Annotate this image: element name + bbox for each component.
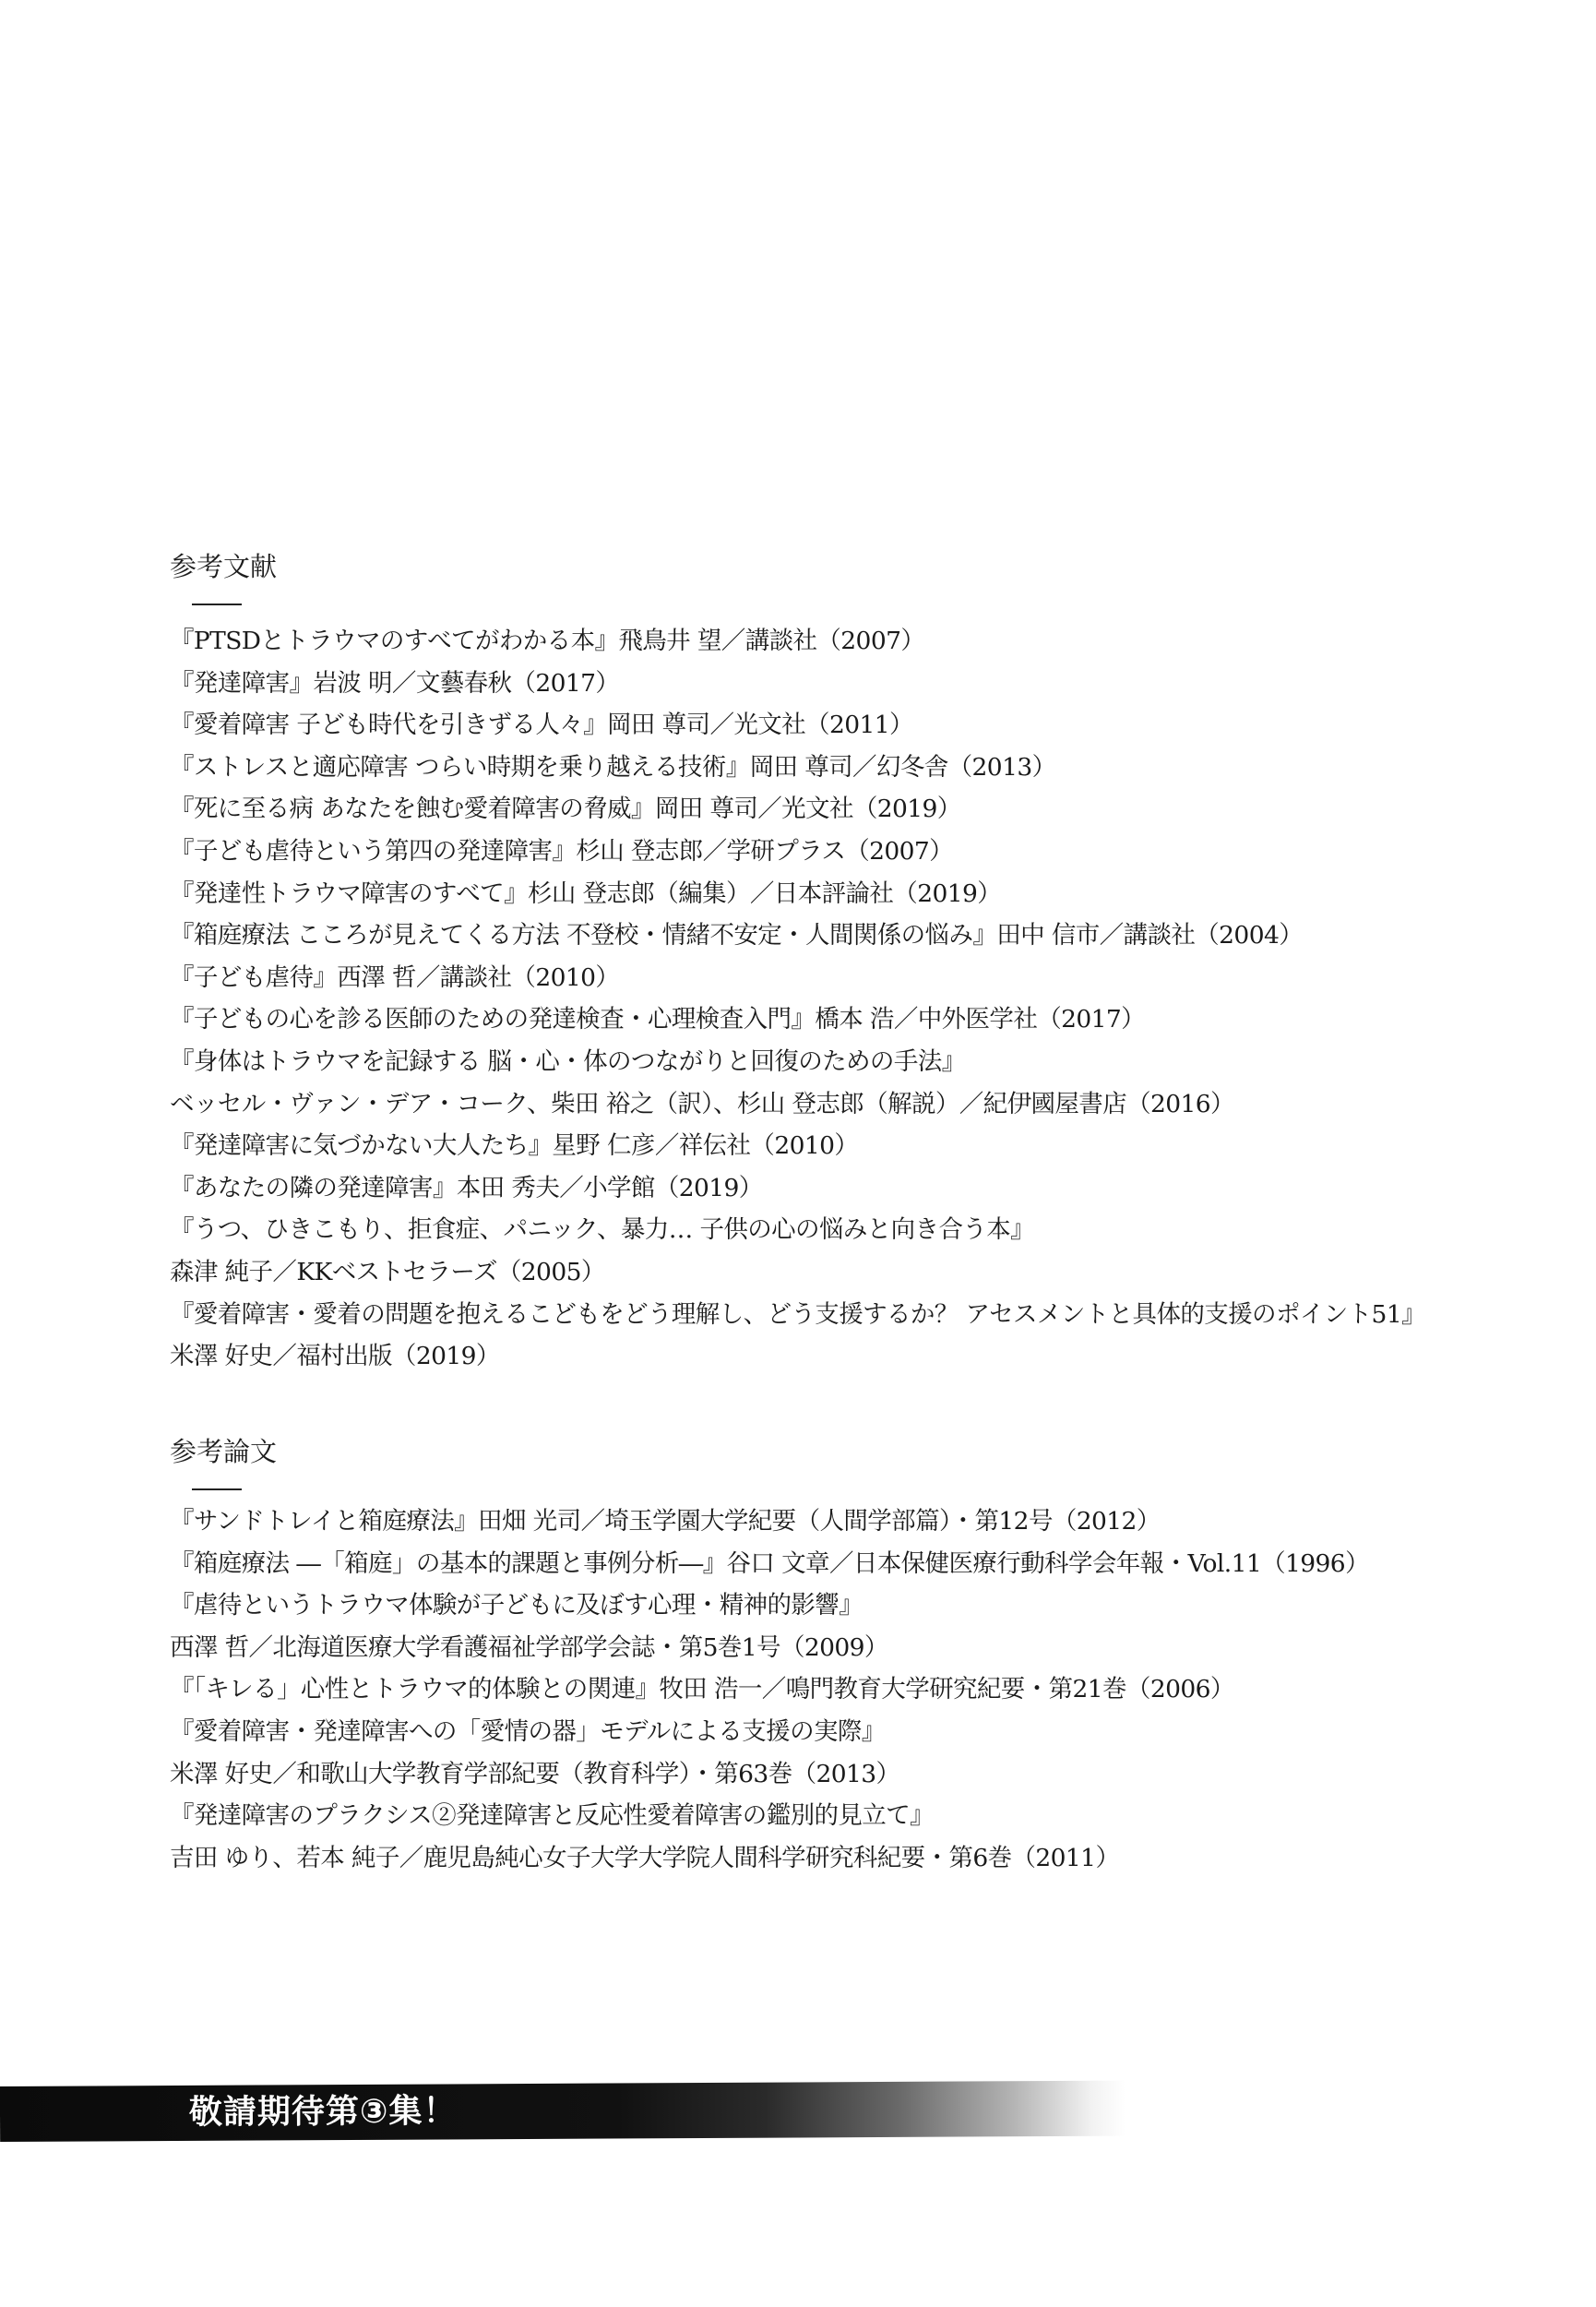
reference-entry-title: 『うつ、ひきこもり、拒食症、パニック、暴力… 子供の心の悩みと向き合う本』 xyxy=(170,1209,1461,1251)
heading-underline xyxy=(192,604,242,605)
reference-entry: 『子ども虐待』西澤 哲／講談社（2010） xyxy=(170,957,1461,999)
paper-entry-title: 『虐待というトラウマ体験が子どもに及ぼす心理・精神的影響』 xyxy=(170,1584,1461,1627)
banner-text: 敬請期待第③集！ xyxy=(189,2091,458,2134)
reference-entry: 『あなたの隣の発達障害』本田 秀夫／小学館（2019） xyxy=(170,1167,1461,1210)
reference-entry-author: 米澤 好史／福村出版（2019） xyxy=(170,1335,1461,1378)
references-section: 参考文献 『PTSDとトラウマのすべてがわかる本』飛鳥井 望／講談社（2007）… xyxy=(170,550,1461,1378)
reference-entry-author: 森津 純子／KKベストセラーズ（2005） xyxy=(170,1251,1461,1294)
reference-entry: 『死に至る病 あなたを蝕む愛着障害の脅威』岡田 尊司／光文社（2019） xyxy=(170,788,1461,831)
paper-entry: 『箱庭療法 ―「箱庭」の基本的課題と事例分析―』谷口 文章／日本保健医療行動科学… xyxy=(170,1543,1461,1585)
reference-entry: 『愛着障害 子ども時代を引きずる人々』岡田 尊司／光文社（2011） xyxy=(170,704,1461,747)
paper-entry: 『サンドトレイと箱庭療法』田畑 光司／埼玉学園大学紀要（人間学部篇）・第12号（… xyxy=(170,1500,1461,1543)
reference-entry: 『発達障害』岩波 明／文藝春秋（2017） xyxy=(170,663,1461,705)
papers-heading: 参考論文 xyxy=(170,1435,1461,1468)
reference-entry: 『子ども虐待という第四の発達障害』杉山 登志郎／学研プラス（2007） xyxy=(170,831,1461,873)
reference-entry: 『箱庭療法 こころが見えてくる方法 不登校・情緒不安定・人間関係の悩み』田中 信… xyxy=(170,914,1461,957)
reference-entry: 『発達障害に気づかない大人たち』星野 仁彦／祥伝社（2010） xyxy=(170,1125,1461,1167)
reference-entry: 『ストレスと適応障害 つらい時期を乗り越える技術』岡田 尊司／幻冬舎（2013） xyxy=(170,747,1461,789)
paper-entry-title: 『発達障害のプラクシス②発達障害と反応性愛着障害の鑑別的見立て』 xyxy=(170,1795,1461,1837)
paper-entry: 『「キレる」心性とトラウマ的体験との関連』牧田 浩一／鳴門教育大学研究紀要・第2… xyxy=(170,1668,1461,1711)
references-heading: 参考文献 xyxy=(170,550,1461,583)
paper-entry-author: 吉田 ゆり、若本 純子／鹿児島純心女子大学大学院人間科学研究科紀要・第6巻（20… xyxy=(170,1837,1461,1880)
reference-entry: 『子どもの心を診る医師のための発達検査・心理検査入門』橋本 浩／中外医学社（20… xyxy=(170,998,1461,1041)
reference-entry-title: 『身体はトラウマを記録する 脳・心・体のつながりと回復のための手法』 xyxy=(170,1041,1461,1083)
paper-entry-author: 西澤 哲／北海道医療大学看護福祉学部学会誌・第5巻1号（2009） xyxy=(170,1627,1461,1669)
references-list: 『PTSDとトラウマのすべてがわかる本』飛鳥井 望／講談社（2007） 『発達障… xyxy=(170,620,1461,1378)
papers-list: 『サンドトレイと箱庭療法』田畑 光司／埼玉学園大学紀要（人間学部篇）・第12号（… xyxy=(170,1500,1461,1879)
reference-entry-title: 『愛着障害・愛着の問題を抱えるこどもをどう理解し、どう支援するか？ アセスメント… xyxy=(170,1294,1461,1336)
reference-entry: 『PTSDとトラウマのすべてがわかる本』飛鳥井 望／講談社（2007） xyxy=(170,620,1461,663)
paper-entry-author: 米澤 好史／和歌山大学教育学部紀要（教育科学）・第63巻（2013） xyxy=(170,1753,1461,1796)
papers-section: 参考論文 『サンドトレイと箱庭療法』田畑 光司／埼玉学園大学紀要（人間学部篇）・… xyxy=(170,1435,1461,1879)
heading-underline xyxy=(192,1488,242,1490)
reference-entry-author: ベッセル・ヴァン・デア・コーク、柴田 裕之（訳）、杉山 登志郎（解説）／紀伊國屋… xyxy=(170,1083,1461,1126)
reference-entry: 『発達性トラウマ障害のすべて』杉山 登志郎（編集）／日本評論社（2019） xyxy=(170,873,1461,915)
paper-entry-title: 『愛着障害・発達障害への「愛情の器」モデルによる支援の実際』 xyxy=(170,1711,1461,1753)
next-volume-banner: 敬請期待第③集！ xyxy=(0,2081,1126,2142)
